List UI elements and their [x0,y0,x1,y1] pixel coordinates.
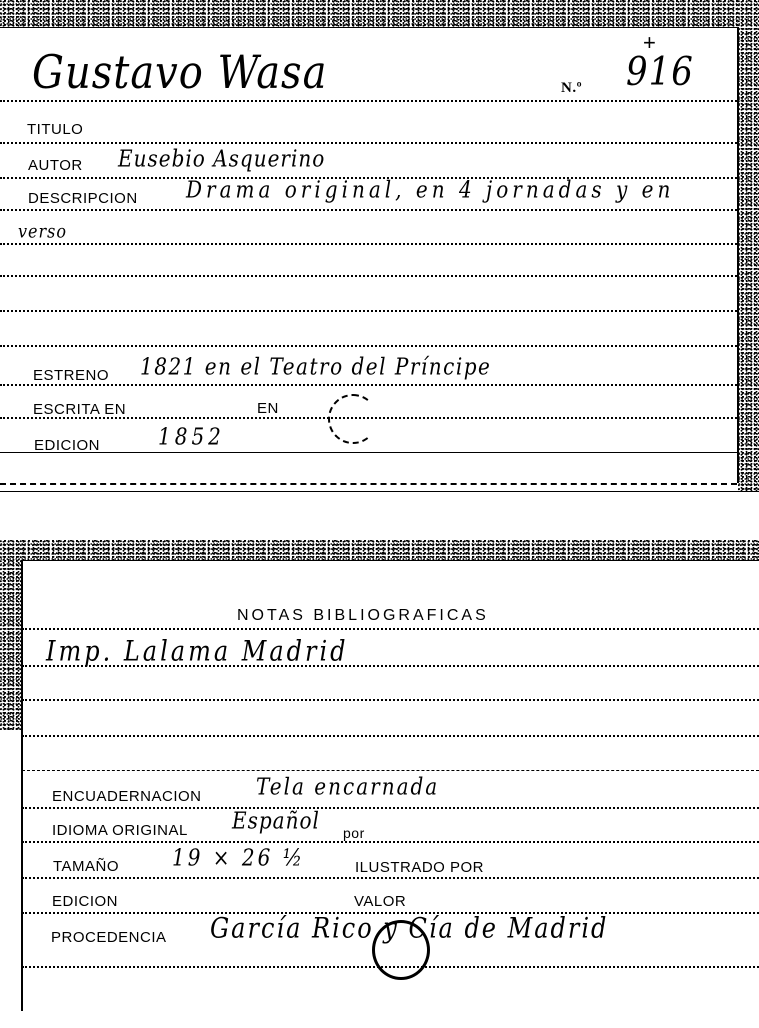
rule [22,841,759,843]
stamp-circle-icon [372,920,430,980]
rule [22,807,759,809]
rule [0,483,737,485]
stamp-circle-icon [328,394,378,444]
rule [0,209,737,211]
rule [0,452,737,453]
rule [22,770,759,771]
rule [0,142,737,144]
encuadernacion-label: ENCUADERNACION [52,789,202,804]
notas-heading: NOTAS BIBLIOGRAFICAS [237,607,489,625]
en-label: EN [257,401,279,416]
number-mark: + [643,32,656,54]
rule [22,699,759,701]
card-border-right [737,28,739,483]
card-border-top [0,27,739,28]
notas-value: Imp. Lalama Madrid [46,637,349,665]
rule [0,345,737,347]
rule [0,384,737,386]
valor-label: VALOR [354,894,406,909]
titulo-label: TITULO [27,122,83,137]
scan-noise-top [0,0,759,30]
card-edge-bottom [0,491,759,492]
estreno-label: ESTRENO [33,368,109,383]
escrita-en-label: ESCRITA EN [33,402,126,417]
rule [0,100,737,102]
rule [22,628,759,630]
rule [0,243,737,245]
rule [0,310,737,312]
autor-label: AUTOR [28,158,83,173]
tamano-value: 19 × 26 ½ [172,846,305,869]
procedencia-label: PROCEDENCIA [51,930,167,945]
encuadernacion-value: Tela encarnada [256,775,439,798]
card-border-top-lower [21,560,759,561]
descripcion-value-2: verso [18,223,67,241]
idioma-value: Español [232,809,320,832]
edicion-value: 1852 [158,425,225,448]
autor-value: Eusebio Asquerino [118,147,325,170]
ilustrado-label: ILUSTRADO POR [355,860,484,875]
title-handwritten: Gustavo Wasa [32,50,327,96]
number-label: N.º [561,81,582,96]
edicion-label: EDICION [34,438,100,453]
descripcion-value-1: Drama original, en 4 jornadas y en [186,178,674,201]
tamano-label: TAMAÑO [53,859,119,874]
scan-noise-left-lower [0,540,22,730]
estreno-value: 1821 en el Teatro del Príncipe [140,355,491,378]
edicion-label-lower: EDICION [52,894,118,909]
idioma-label: IDIOMA ORIGINAL [52,823,188,838]
scan-noise-right [738,0,759,492]
rule [22,735,759,737]
descripcion-label: DESCRIPCION [28,191,138,206]
rule [0,275,737,277]
por-label: por [343,826,365,840]
scan-noise-top-lower [0,540,759,562]
number-value: 916 [626,53,694,92]
rule [22,877,759,879]
